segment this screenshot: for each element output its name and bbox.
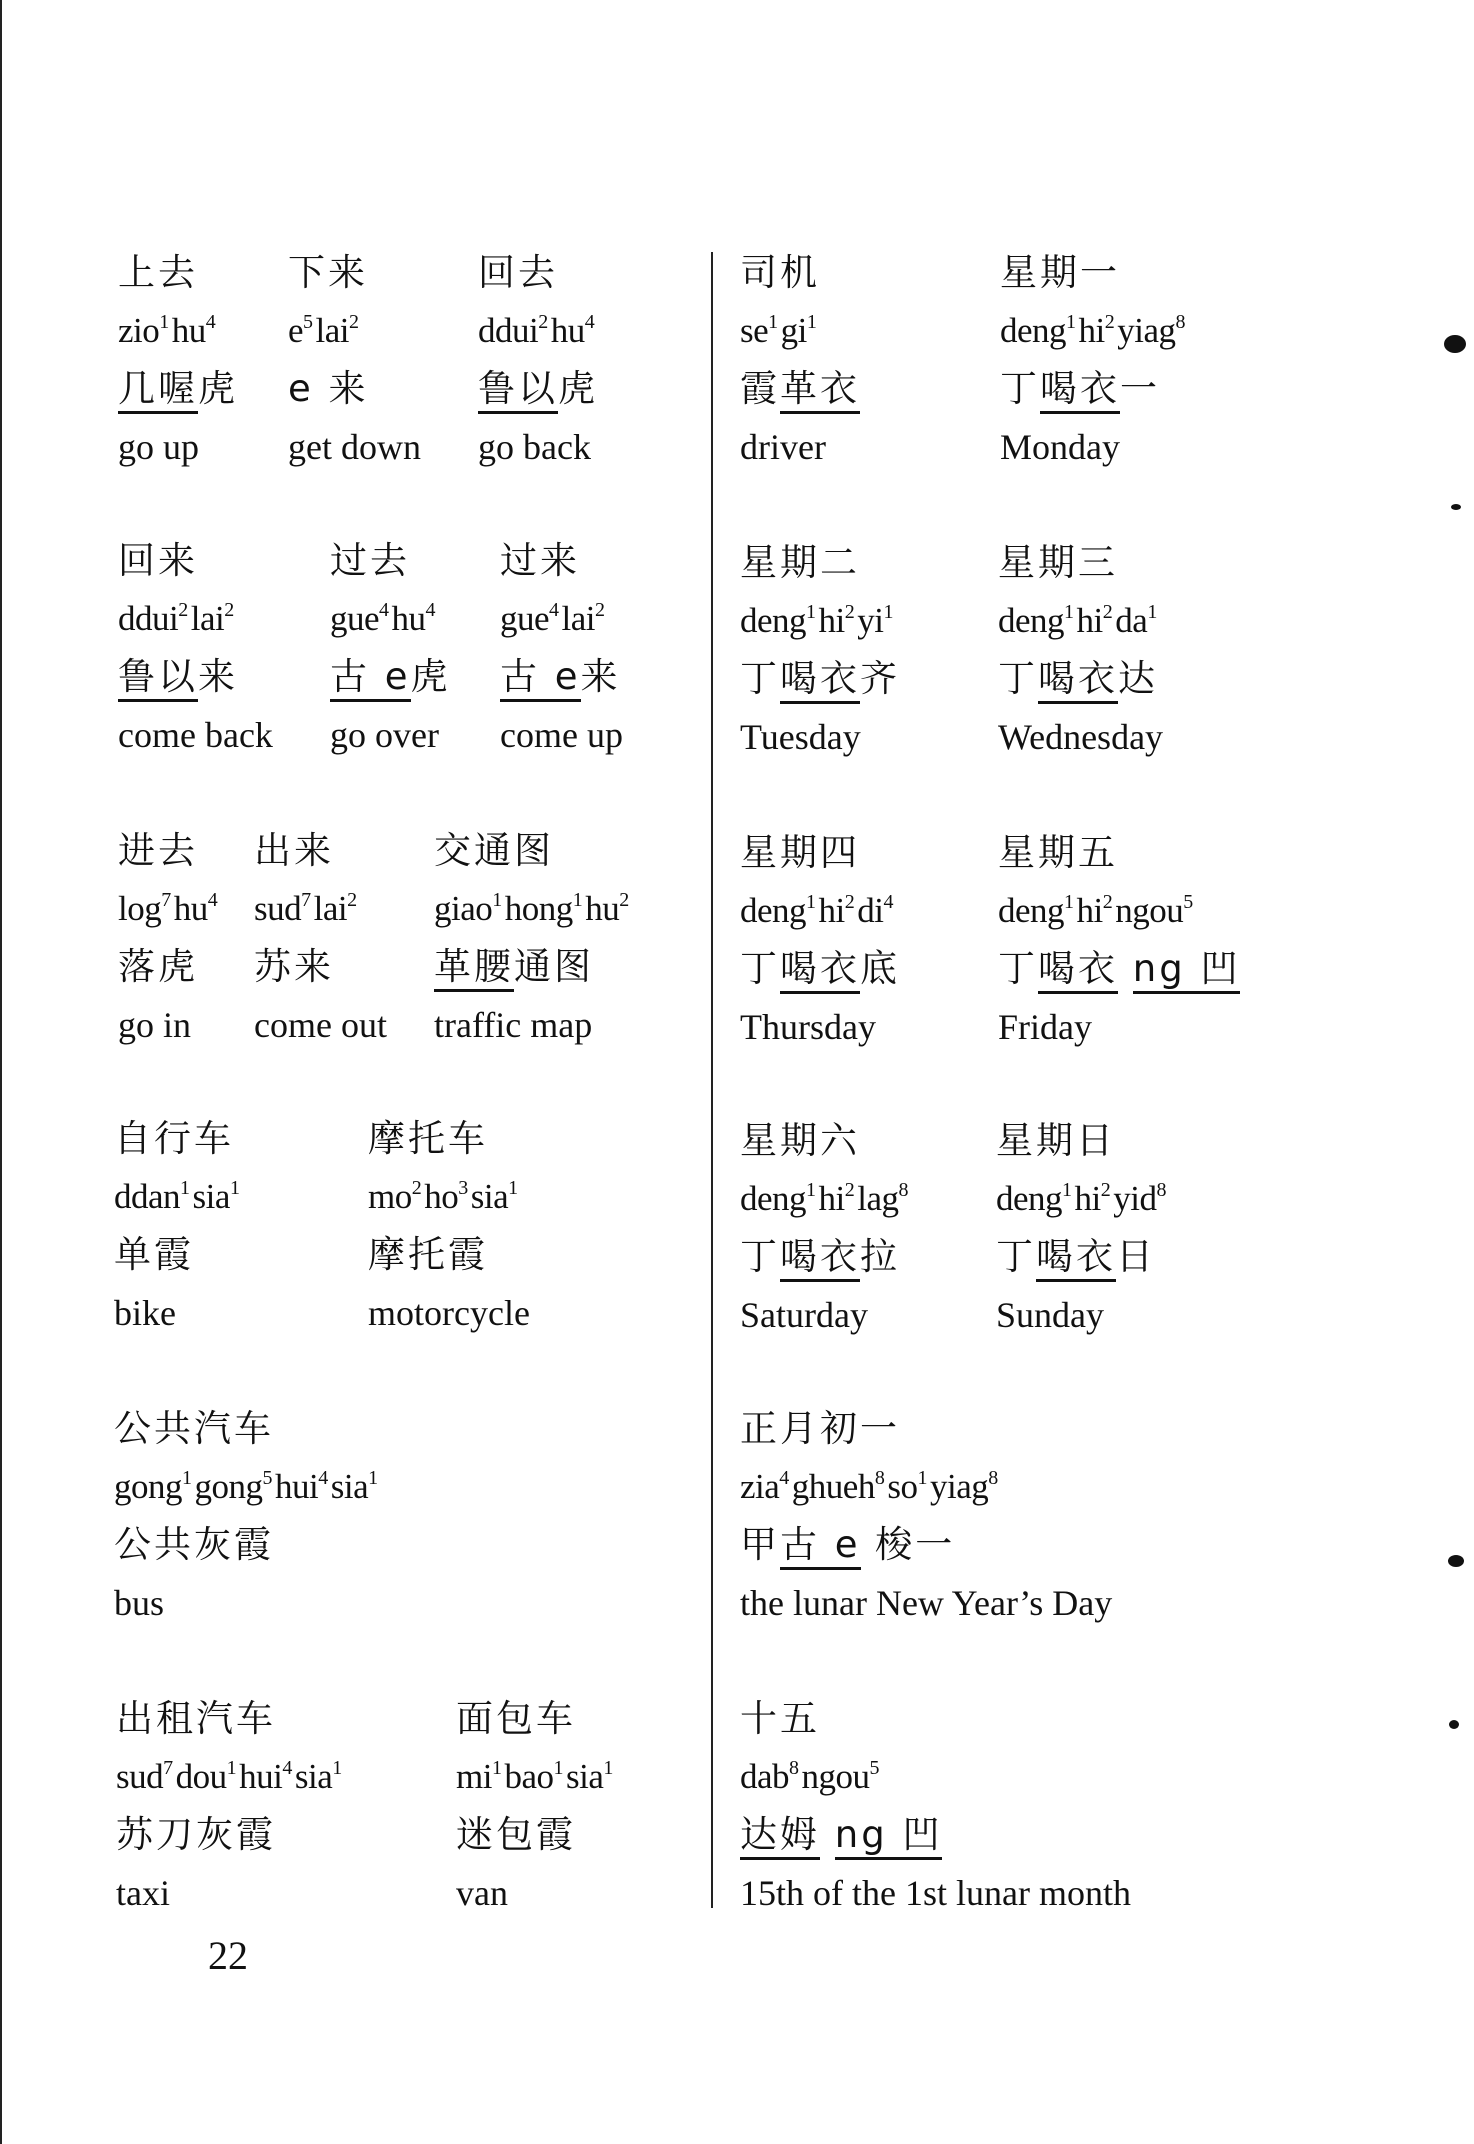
hanzi-term: 回去	[478, 244, 598, 302]
tone-number: 7	[163, 1757, 173, 1779]
syllable: yiag8	[1117, 311, 1188, 350]
tone-number: 1	[884, 601, 894, 623]
syllable: bao1	[504, 1757, 566, 1796]
syllable: sia1	[331, 1467, 381, 1506]
syllable: sud7	[116, 1757, 176, 1796]
tone-number: 2	[224, 599, 234, 621]
sound-part: 拉	[860, 1235, 900, 1278]
syllable: hi2	[1075, 1179, 1114, 1218]
syllable: ddui2	[118, 599, 191, 638]
syllable: mo2	[368, 1177, 424, 1216]
sound-part: 虎	[198, 367, 238, 410]
syllable: hi2	[819, 601, 858, 640]
romanization: zio1hu4	[118, 302, 238, 360]
tone-number: 2	[1105, 311, 1115, 333]
hanzi-term: 司机	[740, 244, 860, 302]
tone-number: 1	[573, 889, 583, 911]
phonetic-hint: 几喔虎	[118, 360, 238, 418]
syllable: hi2	[1079, 311, 1118, 350]
tone-number: 2	[619, 889, 629, 911]
romanization: deng1hi2da1	[998, 592, 1163, 650]
tone-number: 1	[1064, 891, 1074, 913]
tone-number: 8	[988, 1467, 998, 1489]
english-gloss: come out	[254, 996, 387, 1054]
sound-part: 底	[860, 947, 900, 990]
tone-number: 2	[845, 1179, 855, 1201]
underlined-sound: 喝衣	[1036, 1235, 1116, 1282]
hanzi-term: 出来	[254, 822, 387, 880]
tone-number: 1	[1064, 601, 1074, 623]
sound-part: 梭一	[861, 1523, 956, 1566]
syllable: hu4	[392, 599, 439, 638]
tone-number: 2	[1103, 891, 1113, 913]
english-gloss: go up	[118, 418, 238, 476]
sound-part: 虎	[558, 367, 598, 410]
tone-number: 1	[492, 1757, 502, 1779]
syllable: giao1	[434, 889, 505, 928]
phonetic-hint: 鲁以来	[118, 648, 273, 706]
hanzi-term: 面包车	[456, 1690, 616, 1748]
tone-number: 2	[845, 601, 855, 623]
tone-number: 7	[161, 889, 171, 911]
vocab-entry: 回来ddui2lai2鲁以来come back	[118, 532, 273, 764]
phonetic-hint: 苏来	[254, 938, 387, 996]
sound-part: 丁	[740, 947, 780, 990]
tone-number: 8	[1176, 311, 1186, 333]
sound-part: 一	[1120, 367, 1160, 410]
phonetic-hint: 丁喝衣达	[998, 650, 1163, 708]
sound-part: 来	[581, 655, 621, 698]
hanzi-term: 交通图	[434, 822, 632, 880]
tone-number: 2	[595, 599, 605, 621]
phonetic-hint: e 来	[288, 360, 421, 418]
tone-number: 1	[806, 601, 816, 623]
phonetic-hint: 丁喝衣齐	[740, 650, 900, 708]
phonetic-hint: 丁喝衣日	[996, 1228, 1169, 1286]
phonetic-hint: 古 e来	[500, 648, 623, 706]
tone-number: 5	[1183, 891, 1193, 913]
syllable: ngou5	[1115, 891, 1196, 930]
underlined-sound: ng 凹	[1133, 947, 1241, 994]
tone-number: 1	[182, 1467, 192, 1489]
syllable: gue4	[330, 599, 392, 638]
tone-number: 4	[282, 1757, 292, 1779]
romanization: ddui2hu4	[478, 302, 598, 360]
syllable: gong5	[195, 1467, 276, 1506]
syllable: ghueh8	[792, 1467, 888, 1506]
tone-number: 1	[554, 1757, 564, 1779]
tone-number: 4	[206, 311, 216, 333]
romanization: deng1hi2yid8	[996, 1170, 1169, 1228]
tone-number: 1	[368, 1467, 378, 1489]
tone-number: 8	[875, 1467, 885, 1489]
sound-part: e 来	[288, 367, 369, 410]
romanization: mo2ho3sia1	[368, 1168, 530, 1226]
syllable: mi1	[456, 1757, 504, 1796]
vocab-entry: 回去ddui2hu4鲁以虎go back	[478, 244, 598, 476]
phonetic-hint: 革腰通图	[434, 938, 632, 996]
underlined-sound: 喝衣	[1038, 657, 1118, 704]
underlined-sound: 喝衣	[780, 947, 860, 994]
english-gloss: driver	[740, 418, 860, 476]
vocab-entry: 自行车ddan1sia1单霞bike	[114, 1110, 242, 1342]
underlined-sound: 革衣	[780, 367, 860, 414]
vocab-entry: 面包车mi1bao1sia1迷包霞van	[456, 1690, 616, 1922]
page-edge-line	[0, 0, 2, 2144]
english-gloss: Monday	[1000, 418, 1188, 476]
underlined-sound: 喝衣	[1038, 947, 1118, 994]
syllable: dou1	[176, 1757, 240, 1796]
romanization: zia4ghueh8so1yiag8	[740, 1458, 1112, 1516]
romanization: mi1bao1sia1	[456, 1748, 616, 1806]
english-gloss: motorcycle	[368, 1284, 530, 1342]
sound-part: 丁	[998, 947, 1038, 990]
tone-number: 7	[301, 889, 311, 911]
tone-number: 1	[159, 311, 169, 333]
romanization: deng1hi2yi1	[740, 592, 900, 650]
syllable: lai2	[191, 599, 237, 638]
syllable: e5	[288, 311, 316, 350]
syllable: hui4	[275, 1467, 331, 1506]
tone-number: 1	[1066, 311, 1076, 333]
sound-part: 单霞	[114, 1233, 194, 1276]
vocab-entry: 过去gue4hu4古 e虎go over	[330, 532, 451, 764]
english-gloss: Sunday	[996, 1286, 1169, 1344]
tone-number: 2	[845, 891, 855, 913]
english-gloss: the lunar New Year’s Day	[740, 1574, 1112, 1632]
syllable: dab8	[740, 1757, 802, 1796]
tone-number: 4	[208, 889, 218, 911]
phonetic-hint: 鲁以虎	[478, 360, 598, 418]
hanzi-term: 星期日	[996, 1112, 1169, 1170]
english-gloss: bike	[114, 1284, 242, 1342]
romanization: giao1hong1hu2	[434, 880, 632, 938]
english-gloss: come back	[118, 706, 273, 764]
sound-part	[1118, 947, 1133, 990]
sound-part: 丁	[996, 1235, 1036, 1278]
syllable: hi2	[1077, 891, 1116, 930]
hanzi-term: 星期四	[740, 824, 900, 882]
syllable: yid8	[1113, 1179, 1169, 1218]
vocab-entry: 星期四deng1hi2di4丁喝衣底Thursday	[740, 824, 900, 1056]
tone-number: 1	[917, 1467, 927, 1489]
vocab-entry: 星期三deng1hi2da1丁喝衣达Wednesday	[998, 534, 1163, 766]
syllable: deng1	[1000, 311, 1079, 350]
romanization: gue4lai2	[500, 590, 623, 648]
sound-part: 通图	[514, 945, 594, 988]
tone-number: 1	[332, 1757, 342, 1779]
syllable: hui4	[239, 1757, 295, 1796]
tone-number: 2	[349, 311, 359, 333]
syllable: sia1	[471, 1177, 521, 1216]
syllable: yi1	[857, 601, 896, 640]
sound-part: 迷包霞	[456, 1813, 576, 1856]
underlined-sound: 喝衣	[1040, 367, 1120, 414]
phonetic-hint: 落虎	[118, 938, 220, 996]
english-gloss: go over	[330, 706, 451, 764]
tone-number: 2	[347, 889, 357, 911]
syllable: yiag8	[930, 1467, 1001, 1506]
vocab-entry: 正月初一zia4ghueh8so1yiag8甲古 e 梭一the lunar N…	[740, 1400, 1112, 1632]
syllable: gi1	[781, 311, 820, 350]
hanzi-term: 过来	[500, 532, 623, 590]
vocab-entry: 司机se1gi1霞革衣driver	[740, 244, 860, 476]
syllable: se1	[740, 311, 781, 350]
underlined-sound: 几喔	[118, 367, 198, 414]
syllable: sia1	[193, 1177, 243, 1216]
vocab-entry: 上去zio1hu4几喔虎go up	[118, 244, 238, 476]
english-gloss: 15th of the 1st lunar month	[740, 1864, 1131, 1922]
sound-part: 丁	[1000, 367, 1040, 410]
underlined-sound: ng 凹	[835, 1813, 943, 1860]
syllable: lai2	[562, 599, 608, 638]
syllable: lai2	[314, 889, 360, 928]
tone-number: 4	[884, 891, 894, 913]
syllable: deng1	[740, 1179, 819, 1218]
romanization: deng1hi2yiag8	[1000, 302, 1188, 360]
sound-part: 苏来	[254, 945, 334, 988]
hanzi-term: 星期一	[1000, 244, 1188, 302]
romanization: se1gi1	[740, 302, 860, 360]
tone-number: 2	[538, 311, 548, 333]
hanzi-term: 星期二	[740, 534, 900, 592]
sound-part: 丁	[740, 1235, 780, 1278]
column-divider	[711, 252, 713, 1908]
tone-number: 2	[1103, 601, 1113, 623]
phonetic-hint: 单霞	[114, 1226, 242, 1284]
syllable: hi2	[1077, 601, 1116, 640]
sound-part: 日	[1116, 1235, 1156, 1278]
vocab-entry: 出租汽车sud7dou1hui4sia1苏刀灰霞taxi	[116, 1690, 345, 1922]
tone-number: 4	[779, 1467, 789, 1489]
tone-number: 4	[318, 1467, 328, 1489]
underlined-sound: 喝衣	[780, 657, 860, 704]
syllable: deng1	[998, 891, 1077, 930]
english-gloss: bus	[114, 1574, 381, 1632]
scan-speck	[1451, 504, 1461, 510]
tone-number: 4	[426, 599, 436, 621]
phonetic-hint: 甲古 e 梭一	[740, 1516, 1112, 1574]
phonetic-hint: 古 e虎	[330, 648, 451, 706]
syllable: da1	[1115, 601, 1160, 640]
vocab-entry: 进去log7hu4落虎go in	[118, 822, 220, 1054]
phonetic-hint: 公共灰霞	[114, 1516, 381, 1574]
english-gloss: get down	[288, 418, 421, 476]
sound-part: 丁	[740, 657, 780, 700]
underlined-sound: 革腰	[434, 945, 514, 992]
syllable: zia4	[740, 1467, 792, 1506]
hanzi-term: 自行车	[114, 1110, 242, 1168]
sound-part: 丁	[998, 657, 1038, 700]
romanization: dab8ngou5	[740, 1748, 1131, 1806]
romanization: deng1hi2di4	[740, 882, 900, 940]
romanization: gue4hu4	[330, 590, 451, 648]
hanzi-term: 进去	[118, 822, 220, 880]
tone-number: 1	[508, 1177, 518, 1199]
tone-number: 1	[806, 1179, 816, 1201]
sound-part: 虎	[411, 655, 451, 698]
syllable: ngou5	[802, 1757, 883, 1796]
english-gloss: Thursday	[740, 998, 900, 1056]
tone-number: 1	[492, 889, 502, 911]
phonetic-hint: 丁喝衣拉	[740, 1228, 911, 1286]
english-gloss: go in	[118, 996, 220, 1054]
tone-number: 8	[1157, 1179, 1167, 1201]
tone-number: 1	[230, 1177, 240, 1199]
underlined-sound: 古 e	[500, 655, 581, 702]
syllable: di4	[857, 891, 896, 930]
tone-number: 8	[789, 1757, 799, 1779]
hanzi-term: 过去	[330, 532, 451, 590]
romanization: deng1hi2lag8	[740, 1170, 911, 1228]
sound-part: 公共灰霞	[114, 1523, 274, 1566]
english-gloss: Wednesday	[998, 708, 1163, 766]
sound-part: 霞	[740, 367, 780, 410]
hanzi-term: 星期五	[998, 824, 1240, 882]
syllable: gong1	[114, 1467, 195, 1506]
hanzi-term: 十五	[740, 1690, 1131, 1748]
phonetic-hint: 苏刀灰霞	[116, 1806, 345, 1864]
syllable: deng1	[740, 601, 819, 640]
phonetic-hint: 丁喝衣一	[1000, 360, 1188, 418]
vocab-entry: 出来sud7lai2苏来come out	[254, 822, 387, 1054]
tone-number: 4	[549, 599, 559, 621]
tone-number: 1	[806, 891, 816, 913]
syllable: ddui2	[478, 311, 551, 350]
romanization: log7hu4	[118, 880, 220, 938]
english-gloss: come up	[500, 706, 623, 764]
hanzi-term: 下来	[288, 244, 421, 302]
phonetic-hint: 丁喝衣 ng 凹	[998, 940, 1240, 998]
underlined-sound: 喝衣	[780, 1235, 860, 1282]
tone-number: 2	[412, 1177, 422, 1199]
tone-number: 5	[303, 311, 313, 333]
tone-number: 1	[1147, 601, 1157, 623]
english-gloss: Friday	[998, 998, 1240, 1056]
phonetic-hint: 迷包霞	[456, 1806, 616, 1864]
syllable: hu4	[174, 889, 221, 928]
underlined-sound: 古 e	[780, 1523, 861, 1570]
syllable: ho3	[424, 1177, 471, 1216]
romanization: gong1gong5hui4sia1	[114, 1458, 381, 1516]
vocab-entry: 星期六deng1hi2lag8丁喝衣拉Saturday	[740, 1112, 911, 1344]
sound-part	[820, 1813, 835, 1856]
syllable: log7	[118, 889, 174, 928]
tone-number: 1	[807, 311, 817, 333]
vocab-entry: 公共汽车gong1gong5hui4sia1公共灰霞bus	[114, 1400, 381, 1632]
phonetic-hint: 摩托霞	[368, 1226, 530, 1284]
syllable: hu4	[551, 311, 598, 350]
vocab-entry: 摩托车mo2ho3sia1摩托霞motorcycle	[368, 1110, 530, 1342]
romanization: sud7lai2	[254, 880, 387, 938]
vocab-entry: 星期二deng1hi2yi1丁喝衣齐Tuesday	[740, 534, 900, 766]
syllable: sia1	[566, 1757, 616, 1796]
vocab-entry: 十五dab8ngou5达姆 ng 凹15th of the 1st lunar …	[740, 1690, 1131, 1922]
phonetic-hint: 丁喝衣底	[740, 940, 900, 998]
phonetic-hint: 达姆 ng 凹	[740, 1806, 1131, 1864]
syllable: hi2	[819, 1179, 858, 1218]
underlined-sound: 古 e	[330, 655, 411, 702]
english-gloss: go back	[478, 418, 598, 476]
syllable: hi2	[819, 891, 858, 930]
syllable: zio1	[118, 311, 172, 350]
tone-number: 8	[899, 1179, 909, 1201]
tone-number: 2	[1101, 1179, 1111, 1201]
english-gloss: Tuesday	[740, 708, 900, 766]
hanzi-term: 公共汽车	[114, 1400, 381, 1458]
romanization: sud7dou1hui4sia1	[116, 1748, 345, 1806]
sound-part: 达	[1118, 657, 1158, 700]
tone-number: 1	[1062, 1179, 1072, 1201]
underlined-sound: 鲁以	[478, 367, 558, 414]
tone-number: 4	[585, 311, 595, 333]
tone-number: 4	[379, 599, 389, 621]
page-number: 22	[208, 1932, 248, 1979]
hanzi-term: 星期三	[998, 534, 1163, 592]
hanzi-term: 上去	[118, 244, 238, 302]
syllable: gue4	[500, 599, 562, 638]
sound-part: 苏刀灰霞	[116, 1813, 276, 1856]
syllable: sia1	[295, 1757, 345, 1796]
tone-number: 3	[458, 1177, 468, 1199]
vocab-entry: 星期五deng1hi2ngou5丁喝衣 ng 凹Friday	[998, 824, 1240, 1056]
underlined-sound: 达姆	[740, 1813, 820, 1860]
vocab-entry: 星期日deng1hi2yid8丁喝衣日Sunday	[996, 1112, 1169, 1344]
syllable: lai2	[316, 311, 362, 350]
syllable: hong1	[505, 889, 586, 928]
tone-number: 1	[768, 311, 778, 333]
vocab-entry: 星期一deng1hi2yiag8丁喝衣一Monday	[1000, 244, 1188, 476]
vocab-entry: 过来gue4lai2古 e来come up	[500, 532, 623, 764]
english-gloss: van	[456, 1864, 616, 1922]
syllable: deng1	[996, 1179, 1075, 1218]
syllable: hu2	[585, 889, 632, 928]
english-gloss: Saturday	[740, 1286, 911, 1344]
sound-part: 落虎	[118, 945, 198, 988]
scan-speck	[1448, 1555, 1464, 1567]
english-gloss: taxi	[116, 1864, 345, 1922]
syllable: deng1	[998, 601, 1077, 640]
hanzi-term: 摩托车	[368, 1110, 530, 1168]
tone-number: 1	[180, 1177, 190, 1199]
phonetic-hint: 霞革衣	[740, 360, 860, 418]
hanzi-term: 正月初一	[740, 1400, 1112, 1458]
tone-number: 1	[603, 1757, 613, 1779]
syllable: lag8	[857, 1179, 911, 1218]
romanization: e5lai2	[288, 302, 421, 360]
underlined-sound: 鲁以	[118, 655, 198, 702]
syllable: so1	[887, 1467, 930, 1506]
vocab-entry: 下来e5lai2e 来get down	[288, 244, 421, 476]
syllable: ddan1	[114, 1177, 193, 1216]
scan-speck	[1444, 335, 1466, 353]
vocab-entry: 交通图giao1hong1hu2革腰通图traffic map	[434, 822, 632, 1054]
sound-part: 甲	[740, 1523, 780, 1566]
romanization: ddan1sia1	[114, 1168, 242, 1226]
tone-number: 1	[227, 1757, 237, 1779]
syllable: deng1	[740, 891, 819, 930]
hanzi-term: 出租汽车	[116, 1690, 345, 1748]
tone-number: 2	[178, 599, 188, 621]
scan-speck	[1449, 1720, 1459, 1729]
sound-part: 齐	[860, 657, 900, 700]
hanzi-term: 回来	[118, 532, 273, 590]
syllable: sud7	[254, 889, 314, 928]
tone-number: 5	[263, 1467, 273, 1489]
tone-number: 5	[870, 1757, 880, 1779]
romanization: deng1hi2ngou5	[998, 882, 1240, 940]
syllable: hu4	[172, 311, 219, 350]
